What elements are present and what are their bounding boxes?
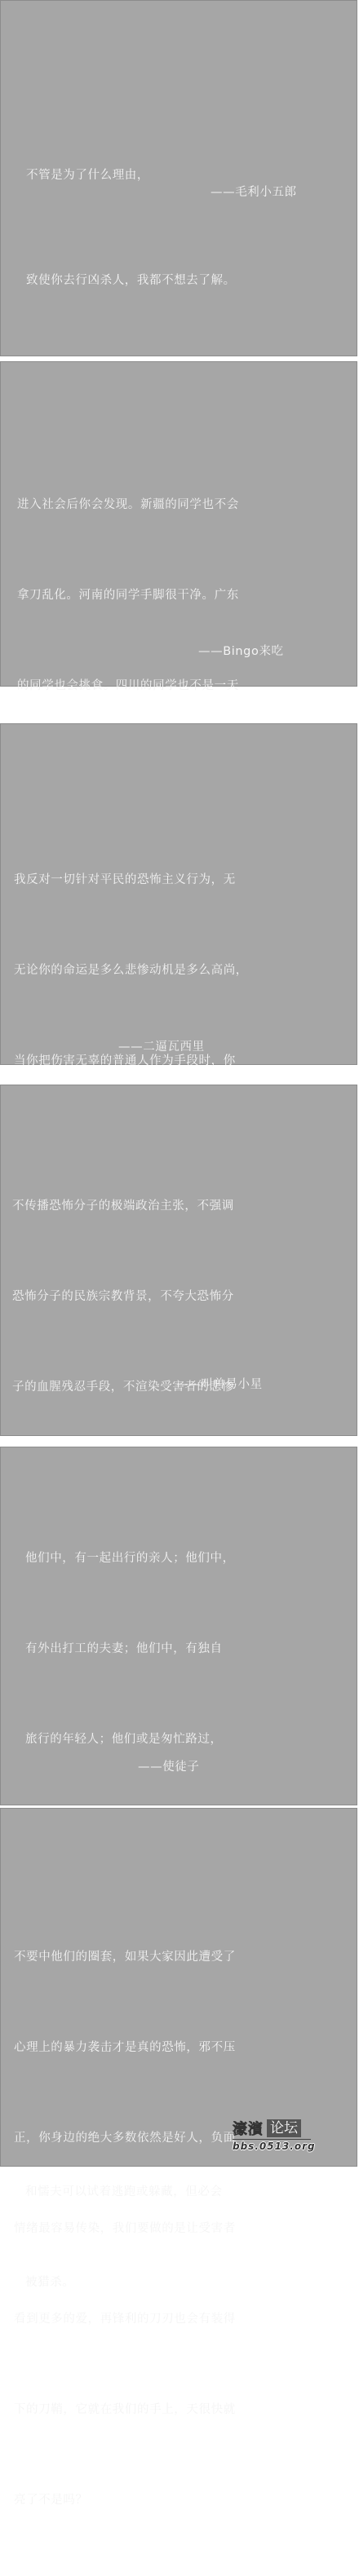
quote-line: 不传播恐怖分子的极端政治主张，不强调	[12, 1191, 234, 1222]
quote-line: 不管是为了什么理由，	[26, 158, 236, 193]
quote-text: 不要中他们的圈套，如果大家因此遭受了 心理上的暴力袭击才是真的恐怖，邪不压 正，…	[14, 1882, 236, 2167]
quote-line: 致使你去行凶杀人，我都不想去了解。	[26, 263, 236, 298]
watermark-url: bbs.0513.org	[233, 2141, 316, 2152]
quote-line: 他们中，有一起出行的亲人；他们中，	[25, 1544, 235, 1574]
quote-signature: ——使徒子	[138, 1757, 200, 1774]
quote-line: 拿刀乱化。河南的同学手脚很干净。广东	[17, 581, 239, 611]
quote-panel-6: 不要中他们的圈套，如果大家因此遭受了 心理上的暴力袭击才是真的恐怖，邪不压 正，…	[0, 1808, 357, 2167]
quote-line: 正，你身边的绝大多数依然是好人，负面	[14, 2123, 236, 2154]
quote-panel-4: 不传播恐怖分子的极端政治主张，不强调 恐怖分子的民族宗教背景，不夸大恐怖分 子的…	[0, 1085, 357, 1436]
quote-panel-2: 进入社会后你会发现。新疆的同学也不会 拿刀乱化。河南的同学手脚很干净。广东 的同…	[0, 361, 357, 687]
quote-text: 不管是为了什么理由， 致使你去行凶杀人，我都不想去了解。	[26, 88, 236, 369]
quote-line: 无论你的命运是多么悲惨动机是多么高尚，	[14, 956, 248, 986]
quote-line: 恐怖分子的民族宗教背景，不夸大恐怖分	[12, 1282, 234, 1312]
quote-panel-3: 我反对一切针对平民的恐怖主义行为，无 无论你的命运是多么悲惨动机是多么高尚， 当…	[0, 723, 357, 1065]
quote-line: 不要中他们的圈套，如果大家因此遭受了	[14, 1942, 236, 1973]
quote-line: 心理上的暴力袭击才是真的恐怖，邪不压	[14, 2033, 236, 2063]
quote-signature: ——二逼瓦西里	[118, 1037, 205, 1054]
quote-line: 旅行的年轻人；他们或是匆忙路过，	[25, 1725, 235, 1755]
quote-line: 进入社会后你会发现。新疆的同学也不会	[17, 490, 239, 520]
quote-line: 的同学也会挑食。四川的同学也不是一天	[17, 671, 239, 701]
quote-line: 有外出打工的夫妻；他们中，有独自	[25, 1634, 235, 1664]
quote-signature: ——叫兽易小星	[176, 1375, 263, 1392]
quote-panel-5: 他们中，有一起出行的亲人；他们中， 有外出打工的夫妻；他们中，有独自 旅行的年轻…	[0, 1447, 357, 1805]
watermark-logo: 濠濱 论坛	[233, 2119, 301, 2138]
watermark-name-part2: 论坛	[267, 2119, 301, 2137]
quote-signature: ——Bingo来吃	[198, 642, 284, 659]
quote-line: 我反对一切针对平民的恐怖主义行为，无	[14, 865, 248, 895]
watermark-divider	[233, 2139, 311, 2140]
quote-panel-1: 不管是为了什么理由， 致使你去行凶杀人，我都不想去了解。 ——毛利小五郎	[0, 0, 357, 356]
watermark-name-part1: 濠濱	[233, 2118, 264, 2139]
quote-signature: ——毛利小五郎	[211, 183, 297, 200]
forum-watermark: 濠濱 论坛 bbs.0513.org	[233, 2119, 319, 2154]
